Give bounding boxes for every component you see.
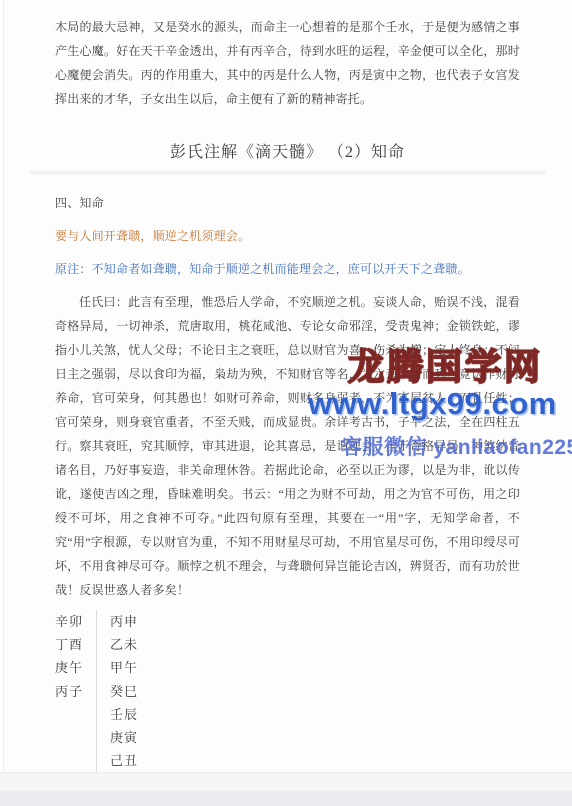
verse-line: 要与人间开聋聩，顺逆之机须理会。 (55, 224, 520, 248)
pillar-row: 庚午 (55, 656, 96, 679)
document-content: 木局的最大忌神，又是癸水的源头，而命主一心想着的是那个壬水，于是便为感情之事产生… (0, 0, 572, 796)
section-heading: 四、知命 (55, 191, 520, 215)
pillar-row: 己丑 (110, 749, 138, 772)
pillar-row: 壬辰 (110, 703, 138, 726)
pillar-row: 庚寅 (110, 726, 138, 749)
commentary-paragraph: 任氏曰：此言有至理，惟恐后人学命，不究顺逆之机。妄谈人命，贻误不浅，混看奇格异局… (55, 290, 520, 602)
original-note: 原注：不知命者如聋聩，知命于顺逆之机而能理会之，庶可以开天下之聋聩。 (55, 257, 520, 281)
intro-paragraph: 木局的最大忌神，又是癸水的源头，而命主一心想着的是那个壬水，于是便为感情之事产生… (55, 15, 520, 111)
pillar-row: 乙未 (110, 633, 138, 656)
pillar-row: 丙子 (55, 680, 96, 703)
pillar-row: 癸巳 (110, 680, 138, 703)
pillar-row: 丁酉 (55, 633, 96, 656)
pillar-row: 丙申 (110, 610, 138, 633)
page-title: 彭氏注解《滴天髓》 （2）知命 (55, 141, 520, 165)
pillar-row: 辛卯 (55, 610, 96, 633)
pillar-row: 甲午 (110, 656, 138, 679)
title-divider (30, 171, 545, 173)
bazi-luck-column: 丙申 乙未 甲午 癸巳 壬辰 庚寅 己丑 戊子 (97, 610, 138, 796)
page-footer-strip (0, 772, 572, 806)
bazi-chart: 辛卯 丁酉 庚午 丙子 丙申 乙未 甲午 癸巳 壬辰 庚寅 己丑 戊子 (55, 610, 520, 796)
document-page: 木局的最大忌神，又是癸水的源头，而命主一心想着的是那个壬水，于是便为感情之事产生… (0, 0, 572, 806)
bazi-natal-column: 辛卯 丁酉 庚午 丙子 (55, 610, 97, 796)
